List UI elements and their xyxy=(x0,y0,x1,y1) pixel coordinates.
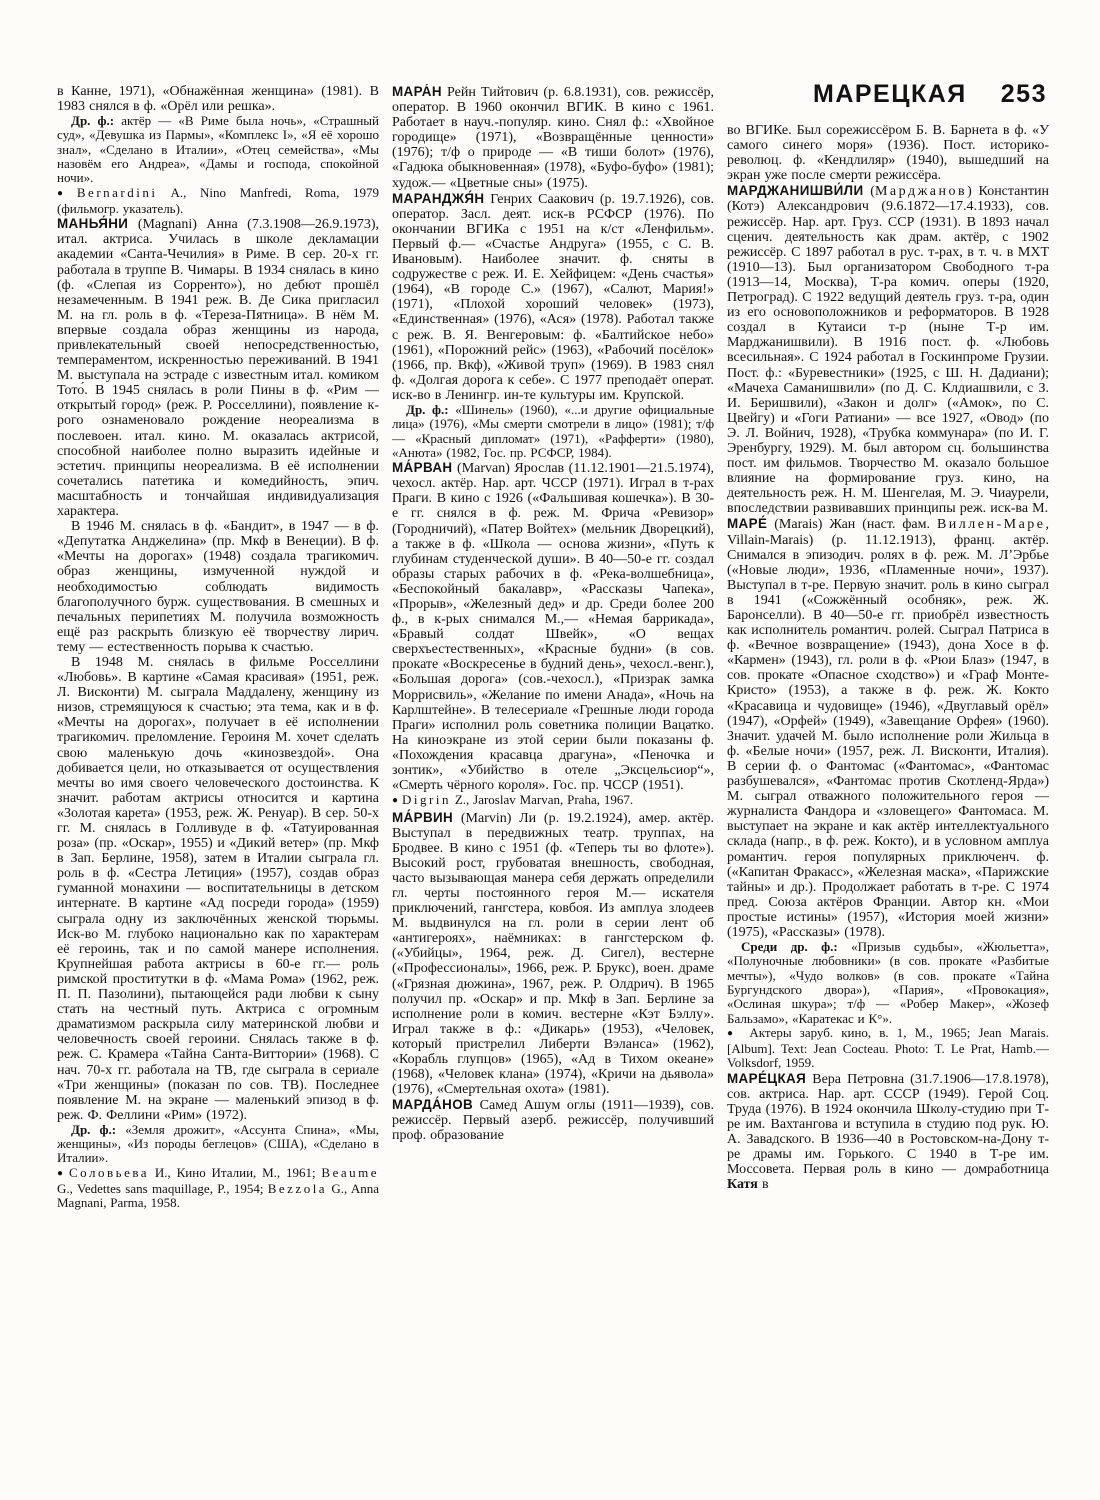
paragraph: В 1946 М. снялась в ф. «Бандит», в 1947 … xyxy=(57,519,379,655)
entry-headword: МА́РВАН xyxy=(392,460,453,475)
entry-paragraph: МА́РВИН (Marvin) Ли (р. 19.2.1924), амер… xyxy=(392,810,714,1098)
text-run: Генрих Саакович (р. 19.7.1926), сов. опе… xyxy=(392,192,714,403)
column-left: в Канне, 1971), «Обнажённая женщина» (19… xyxy=(57,84,379,1211)
text-run: Вера Петровна (31.7.1906—17.8.1978), сов… xyxy=(727,1072,1049,1178)
bold-text-run: Среди др. ф.: xyxy=(741,939,838,954)
entry-paragraph: МАРЕ́ЦКАЯ Вера Петровна (31.7.1906—17.8.… xyxy=(727,1071,1049,1193)
text-run: (Marvin) Ли (р. 19.2.1924), амер. актёр.… xyxy=(392,811,714,1098)
spaced-text-run: Марджанов xyxy=(875,184,967,199)
spaced-text-run: Соловьева xyxy=(69,1165,149,1180)
entry-headword: МАРАНДЖЯ́Н xyxy=(392,191,484,206)
text-run: в Канне, 1971), «Обнажённая женщина» (19… xyxy=(57,84,379,114)
entry-paragraph: МА́РВАН (Marvan) Ярослав (11.12.1901—21.… xyxy=(392,460,714,793)
entry-paragraph: МАРА́Н Рейн Тийтович (р. 6.8.1931), сов.… xyxy=(392,84,714,191)
continuation-paragraph: во ВГИКе. Был сорежиссёром Б. В. Барнета… xyxy=(727,123,1049,183)
text-run: в xyxy=(758,1177,769,1192)
filmography-paragraph: Среди др. ф.: «Призыв судьбы», «Жюльетта… xyxy=(727,940,1049,1026)
text-run: во ВГИКе. Был сорежиссёром Б. В. Барнета… xyxy=(727,123,1049,183)
filmography-paragraph: Др. ф.: актёр — «В Риме была ночь», «Стр… xyxy=(57,114,379,185)
entry-paragraph: МАНЬЯ́НИ (Magnani) Анна (7.3.1908—26.9.1… xyxy=(57,216,379,519)
paragraph: В 1948 М. снялась в фильме Росселлини «Л… xyxy=(57,655,379,1123)
text-run: (Marvan) Ярослав (11.12.1901—21.5.1974),… xyxy=(392,461,714,793)
text-columns: в Канне, 1971), «Обнажённая женщина» (19… xyxy=(57,84,1048,1211)
text-run: Z., Jaroslav Marvan, Praha, 1967. xyxy=(451,792,633,807)
bibliography-bullet-icon: ● xyxy=(57,1168,65,1179)
text-run: В 1948 М. снялась в фильме Росселлини «Л… xyxy=(57,655,379,1123)
entry-paragraph: МАРЕ́ (Marais) Жан (наст. фам. Виллен-Ма… xyxy=(727,516,1049,940)
bibliography-bullet-icon: ● xyxy=(392,795,398,806)
text-run: Актеры заруб. кино, в. 1, М., 1965; Jean… xyxy=(727,1025,1049,1071)
text-run: Рейн Тийтович (р. 6.8.1931), сов. режисс… xyxy=(392,85,714,191)
bold-text-run: Др. ф.: xyxy=(406,402,449,417)
entry-headword: МА́РВИН xyxy=(392,810,453,825)
entry-headword: МАРДА́НОВ xyxy=(392,1097,473,1112)
column-right: МАРЕЦКАЯ 253 во ВГИКе. Был сорежиссёром … xyxy=(727,84,1049,1192)
text-run: , Villain-Marais) (р. 11.12.1913), франц… xyxy=(727,517,1049,940)
text-run: (Marais) Жан (наст. фам. xyxy=(767,517,937,532)
entry-headword: МАРЕ́ xyxy=(727,516,767,531)
page-number: 253 xyxy=(1001,84,1047,109)
running-head: МАРЕЦКАЯ 253 xyxy=(727,84,1047,109)
continuation-paragraph: в Канне, 1971), «Обнажённая женщина» (19… xyxy=(57,84,379,114)
spaced-text-run: Bezzola xyxy=(268,1181,327,1196)
text-run: (Magnani) Анна (7.3.1908—26.9.1973), ита… xyxy=(57,217,379,519)
spaced-text-run: Beaume xyxy=(321,1165,379,1180)
entry-headword: МАНЬЯ́НИ xyxy=(57,216,128,231)
entry-paragraph: МАРДА́НОВ Самед Ашум оглы (1911—1939), с… xyxy=(392,1097,714,1143)
entry-headword: МАРДЖАНИШВИ́ЛИ xyxy=(727,183,864,198)
bibliography-bullet-icon: ● xyxy=(727,1028,737,1039)
entry-paragraph: МАРАНДЖЯ́Н Генрих Саакович (р. 19.7.1926… xyxy=(392,191,714,403)
column-middle: МАРА́Н Рейн Тийтович (р. 6.8.1931), сов.… xyxy=(392,84,714,1144)
spaced-text-run: Digrin xyxy=(402,792,451,807)
spaced-text-run: Виллен-Маре xyxy=(937,517,1046,532)
entry-headword: МАРЕ́ЦКАЯ xyxy=(727,1071,806,1086)
text-run: G., Vedettes sans maquillage, P., 1954; xyxy=(57,1181,268,1196)
bibliography-paragraph: ● Актеры заруб. кино, в. 1, М., 1965; Je… xyxy=(727,1026,1049,1071)
bold-text-run: Катя xyxy=(727,1177,758,1192)
bold-text-run: Др. ф.: xyxy=(71,1122,116,1137)
filmography-paragraph: Др. ф.: «Земля дрожит», «Ассунта Спина»,… xyxy=(57,1123,379,1166)
entry-headword: МАРА́Н xyxy=(392,84,442,99)
bibliography-paragraph: ●Digrin Z., Jaroslav Marvan, Praha, 1967… xyxy=(392,793,714,809)
filmography-paragraph: Др. ф.: «Шинель» (1960), «...и другие оф… xyxy=(392,403,714,460)
text-run: В 1946 М. снялась в ф. «Бандит», в 1947 … xyxy=(57,519,379,655)
spaced-text-run: Bernardini xyxy=(77,185,158,200)
entry-paragraph: МАРДЖАНИШВИ́ЛИ (Марджанов) Константин (К… xyxy=(727,183,1049,516)
text-run: ) Константин (Котэ) Александрович (9.6.1… xyxy=(727,184,1049,516)
bibliography-bullet-icon: ● xyxy=(57,188,73,199)
text-run: И., Кино Италии, М., 1961; xyxy=(149,1165,321,1180)
running-head-keyword: МАРЕЦКАЯ xyxy=(813,84,967,109)
bold-text-run: Др. ф.: xyxy=(71,113,114,128)
text-run: ( xyxy=(864,184,875,199)
bibliography-paragraph: ●Соловьева И., Кино Италии, М., 1961; Be… xyxy=(57,1166,379,1211)
encyclopedia-page: в Канне, 1971), «Обнажённая женщина» (19… xyxy=(0,0,1100,1500)
bibliography-paragraph: ●Bernardini A., Nino Manfredi, Roma, 197… xyxy=(57,186,379,217)
